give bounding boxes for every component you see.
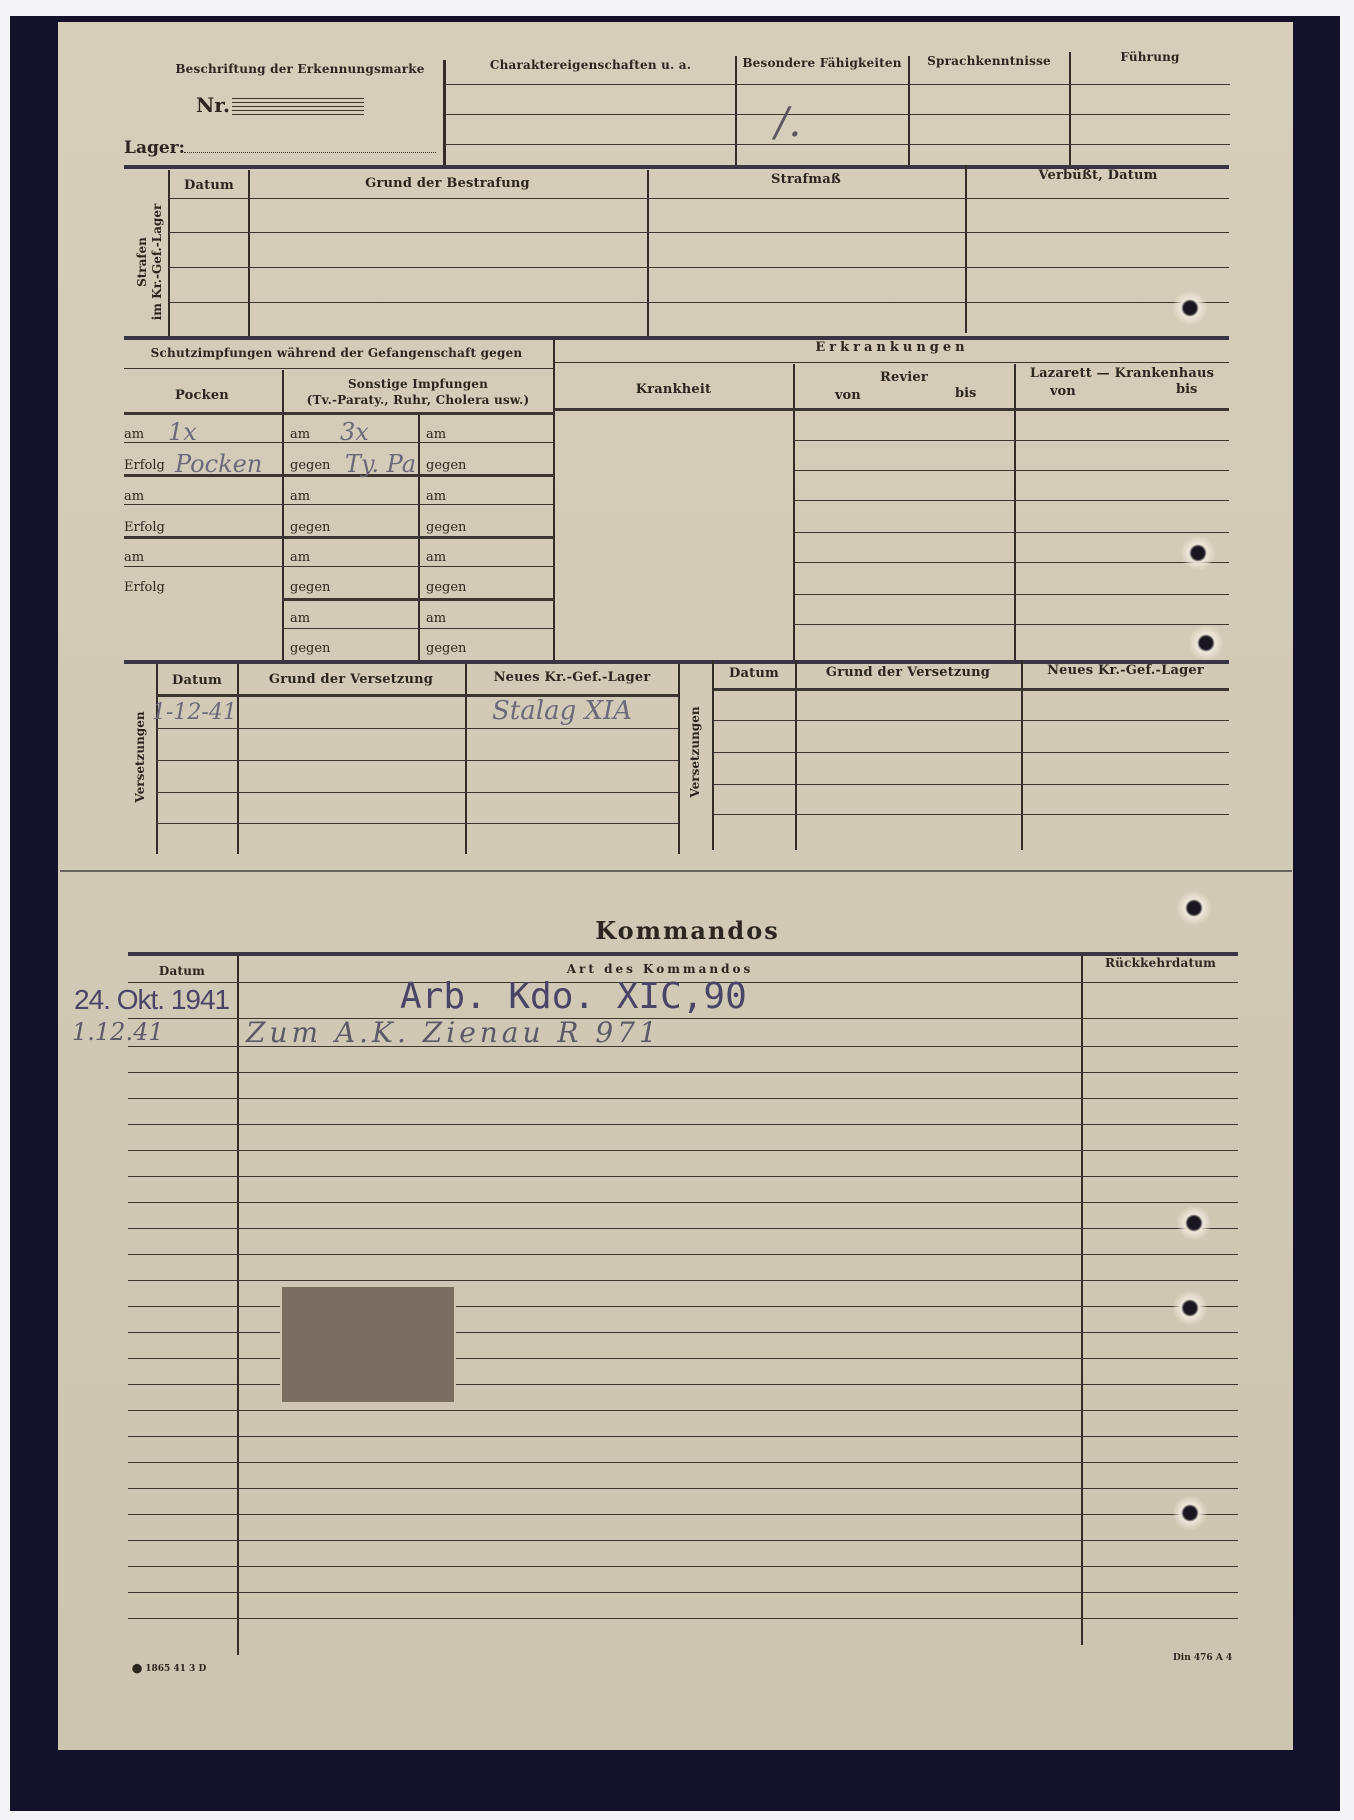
versetzung-row-1-datum: 1-12-41: [152, 700, 237, 725]
pocken-am-3: am: [124, 550, 144, 565]
versetzungen-side-label-left: Versetzungen: [133, 697, 147, 817]
col-besondere-faehigkeiten: Besondere Fähigkeiten: [737, 56, 907, 70]
nr-label: Nr.: [196, 93, 230, 117]
kommandos-title: Kommandos: [500, 916, 875, 945]
sonstige-gegen-4: gegen: [290, 641, 330, 656]
sonstige2-gegen-3: gegen: [426, 580, 466, 595]
sonstige-impfungen-header: Sonstige Impfungen(Tv.-Paraty., Ruhr, Ch…: [284, 376, 552, 408]
sonstige2-gegen-4: gegen: [426, 641, 466, 656]
pocken-erfolg-1: Erfolg: [124, 458, 165, 473]
pocken-am-2: am: [124, 489, 144, 504]
strafen-col-grund: Grund der Bestrafung: [250, 176, 645, 191]
krankheit-header: Krankheit: [556, 382, 791, 397]
pocken-erfolg-3: Erfolg: [124, 580, 165, 595]
kommando-row-2-datum: 1.12.41: [72, 1018, 164, 1046]
erkrankungen-title: Erkrankungen: [556, 340, 1228, 355]
sonstige2-am-1: am: [426, 427, 446, 442]
besondere-faehigkeiten-value: /.: [775, 100, 801, 146]
kommandos-col-datum: Datum: [128, 964, 236, 978]
kommando-row-2-art: Zum A.K. Zienau R 971: [246, 1016, 661, 1049]
col-sprachkenntnisse: Sprachkenntnisse: [910, 54, 1068, 68]
kommando-row-1-datum: 24. Okt. 1941: [74, 984, 229, 1016]
punch-hole: [1172, 1495, 1208, 1531]
sonstige-gegen-value: Ty. Pa: [345, 450, 416, 478]
versetzungen-side-label-right: Versetzungen: [688, 692, 702, 812]
sonstige-gegen-1: gegen: [290, 458, 330, 473]
versetzungen-col-grund: Grund der Versetzung: [239, 672, 463, 687]
sonstige2-gegen-2: gegen: [426, 520, 466, 535]
revier-bis: bis: [955, 386, 976, 401]
lazarett-von: von: [1050, 384, 1076, 399]
lager-label: Lager:: [124, 138, 185, 158]
versetzung-row-1-lager: Stalag XIA: [492, 696, 632, 726]
versetzungen-right-col-lager: Neues Kr.-Gef.-Lager: [1023, 663, 1228, 678]
sonstige-am-1: am: [290, 427, 310, 442]
pocken-header: Pocken: [124, 388, 280, 403]
col-charaktereigenschaften: Charaktereigenschaften u. a.: [448, 58, 733, 72]
col-fuehrung: Führung: [1071, 50, 1229, 64]
lager-field[interactable]: [184, 152, 436, 153]
versetzungen-col-datum: Datum: [158, 673, 236, 688]
versetzungen-col-lager: Neues Kr.-Gef.-Lager: [467, 670, 677, 685]
punch-hole: [1176, 1205, 1212, 1241]
revier-header: Revier: [795, 370, 1013, 385]
lazarett-bis: bis: [1176, 382, 1197, 397]
printer-mark-icon: ⬤: [132, 1664, 145, 1674]
erkennungsmarke-header: Beschriftung der Erkennungsmarke: [150, 62, 450, 76]
punch-hole: [1172, 1290, 1208, 1326]
punch-hole: [1180, 535, 1216, 571]
pocken-am-1: am: [124, 427, 144, 442]
kommandos-col-rueckkehr: Rückkehrdatum: [1083, 956, 1238, 970]
sonstige-gegen-2: gegen: [290, 520, 330, 535]
din-format: Din 476 A 4: [1173, 1653, 1232, 1663]
strafen-col-verbuesst: Verbüßt, Datum: [967, 168, 1229, 183]
impfungen-title: Schutzimpfungen während der Gefangenscha…: [124, 346, 549, 360]
kommandos-col-art: Art des Kommandos: [240, 962, 1080, 976]
versetzungen-right-col-datum: Datum: [714, 666, 794, 681]
print-code: ⬤ 1865 41 3 D: [132, 1664, 206, 1674]
sonstige2-am-3: am: [426, 550, 446, 565]
sonstige2-gegen-1: gegen: [426, 458, 466, 473]
strafen-col-strafmass: Strafmaß: [649, 172, 963, 187]
sonstige-am-3: am: [290, 550, 310, 565]
strafen-col-datum: Datum: [170, 178, 248, 193]
sonstige-am-2: am: [290, 489, 310, 504]
lazarett-header: Lazarett — Krankenhaus: [1016, 366, 1228, 381]
pocken-erfolg-2: Erfolg: [124, 520, 165, 535]
punch-hole: [1172, 290, 1208, 326]
punch-hole: [1176, 890, 1212, 926]
punch-hole: [1188, 625, 1224, 661]
sonstige2-am-4: am: [426, 611, 446, 626]
sonstige-gegen-3: gegen: [290, 580, 330, 595]
pocken-am-value: 1x: [168, 418, 197, 446]
document-page: [58, 22, 1293, 1750]
sonstige-am-4: am: [290, 611, 310, 626]
strafen-side-label: Strafenim Kr.-Gef.-Lager: [135, 192, 165, 332]
redaction-patch: [280, 1285, 456, 1404]
sonstige-am-value: 3x: [340, 418, 369, 446]
sonstige2-am-2: am: [426, 489, 446, 504]
fold-line: [60, 870, 1292, 872]
kommando-row-1-art: Arb. Kdo. XIC,90: [400, 976, 747, 1017]
pocken-erfolg-value: Pocken: [175, 450, 262, 478]
versetzungen-right-col-grund: Grund der Versetzung: [797, 665, 1019, 680]
revier-von: von: [835, 388, 861, 403]
